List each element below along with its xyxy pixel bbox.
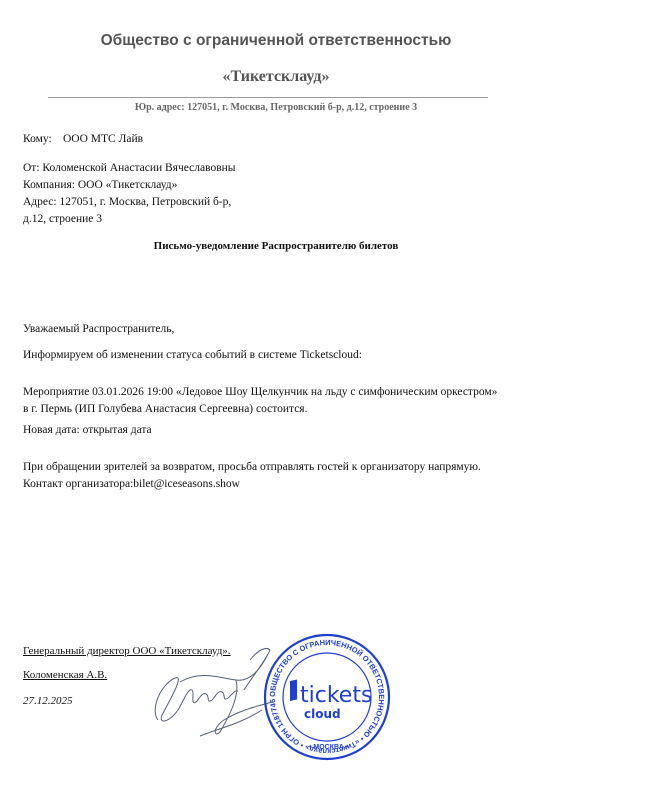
- refund-info: При обращении зрителей за возвратом, про…: [23, 459, 481, 493]
- stamp-bottom-text: • МОСКВА •: [309, 744, 349, 751]
- refund-line1: При обращении зрителей за возвратом, про…: [23, 459, 481, 476]
- stamp-logo-sub: cloud: [304, 707, 341, 721]
- letterhead-legal-address: Юр. адрес: 127051, г. Москва, Петровский…: [0, 102, 552, 113]
- letter-title: Письмо-уведомление Распространителю биле…: [0, 240, 552, 252]
- event-line1: Мероприятие 03.01.2026 19:00 «Ледовое Шо…: [23, 384, 497, 401]
- sender-address-line2: д.12, строение 3: [23, 211, 236, 228]
- sender-address-line1: Адрес: 127051, г. Москва, Петровский б-р…: [23, 194, 236, 211]
- new-date: Новая дата: открытая дата: [23, 422, 152, 439]
- refund-line2: Контакт организатора:bilet@iceseasons.sh…: [23, 476, 481, 493]
- recipient: Кому:ООО МТС Лайв: [23, 131, 143, 148]
- letterhead-org-name: «Тикетсклауд»: [0, 68, 552, 86]
- stamp-logo-main: tickets: [300, 683, 372, 708]
- recipient-value: ООО МТС Лайв: [63, 133, 143, 145]
- greeting: Уважаемый Распространитель,: [23, 321, 174, 338]
- company-stamp: ОБЩЕСТВО С ОГРАНИЧЕННОЙ ОТВЕТСТВЕННОСТЬЮ…: [262, 632, 392, 767]
- handwritten-signature: [140, 640, 280, 745]
- event-line2: в г. Пермь (ИП Голубева Анастасия Сергее…: [23, 401, 497, 418]
- sender-block: От: Коломенской Анастасии Вячеславовны К…: [23, 160, 236, 228]
- letterhead-org-type: Общество с ограниченной ответственностью: [0, 32, 552, 50]
- sender-company: Компания: ООО «Тикетсклауд»: [23, 177, 236, 194]
- sender-from: От: Коломенской Анастасии Вячеславовны: [23, 160, 236, 177]
- signatory-name: Коломенская А.В.: [23, 669, 107, 681]
- letterhead-divider: [48, 97, 488, 98]
- signature-date: 27.12.2025: [23, 695, 73, 707]
- event-info: Мероприятие 03.01.2026 19:00 «Ледовое Шо…: [23, 384, 497, 418]
- recipient-label: Кому:: [23, 131, 63, 148]
- inform-text: Информируем об изменении статуса событий…: [23, 347, 362, 364]
